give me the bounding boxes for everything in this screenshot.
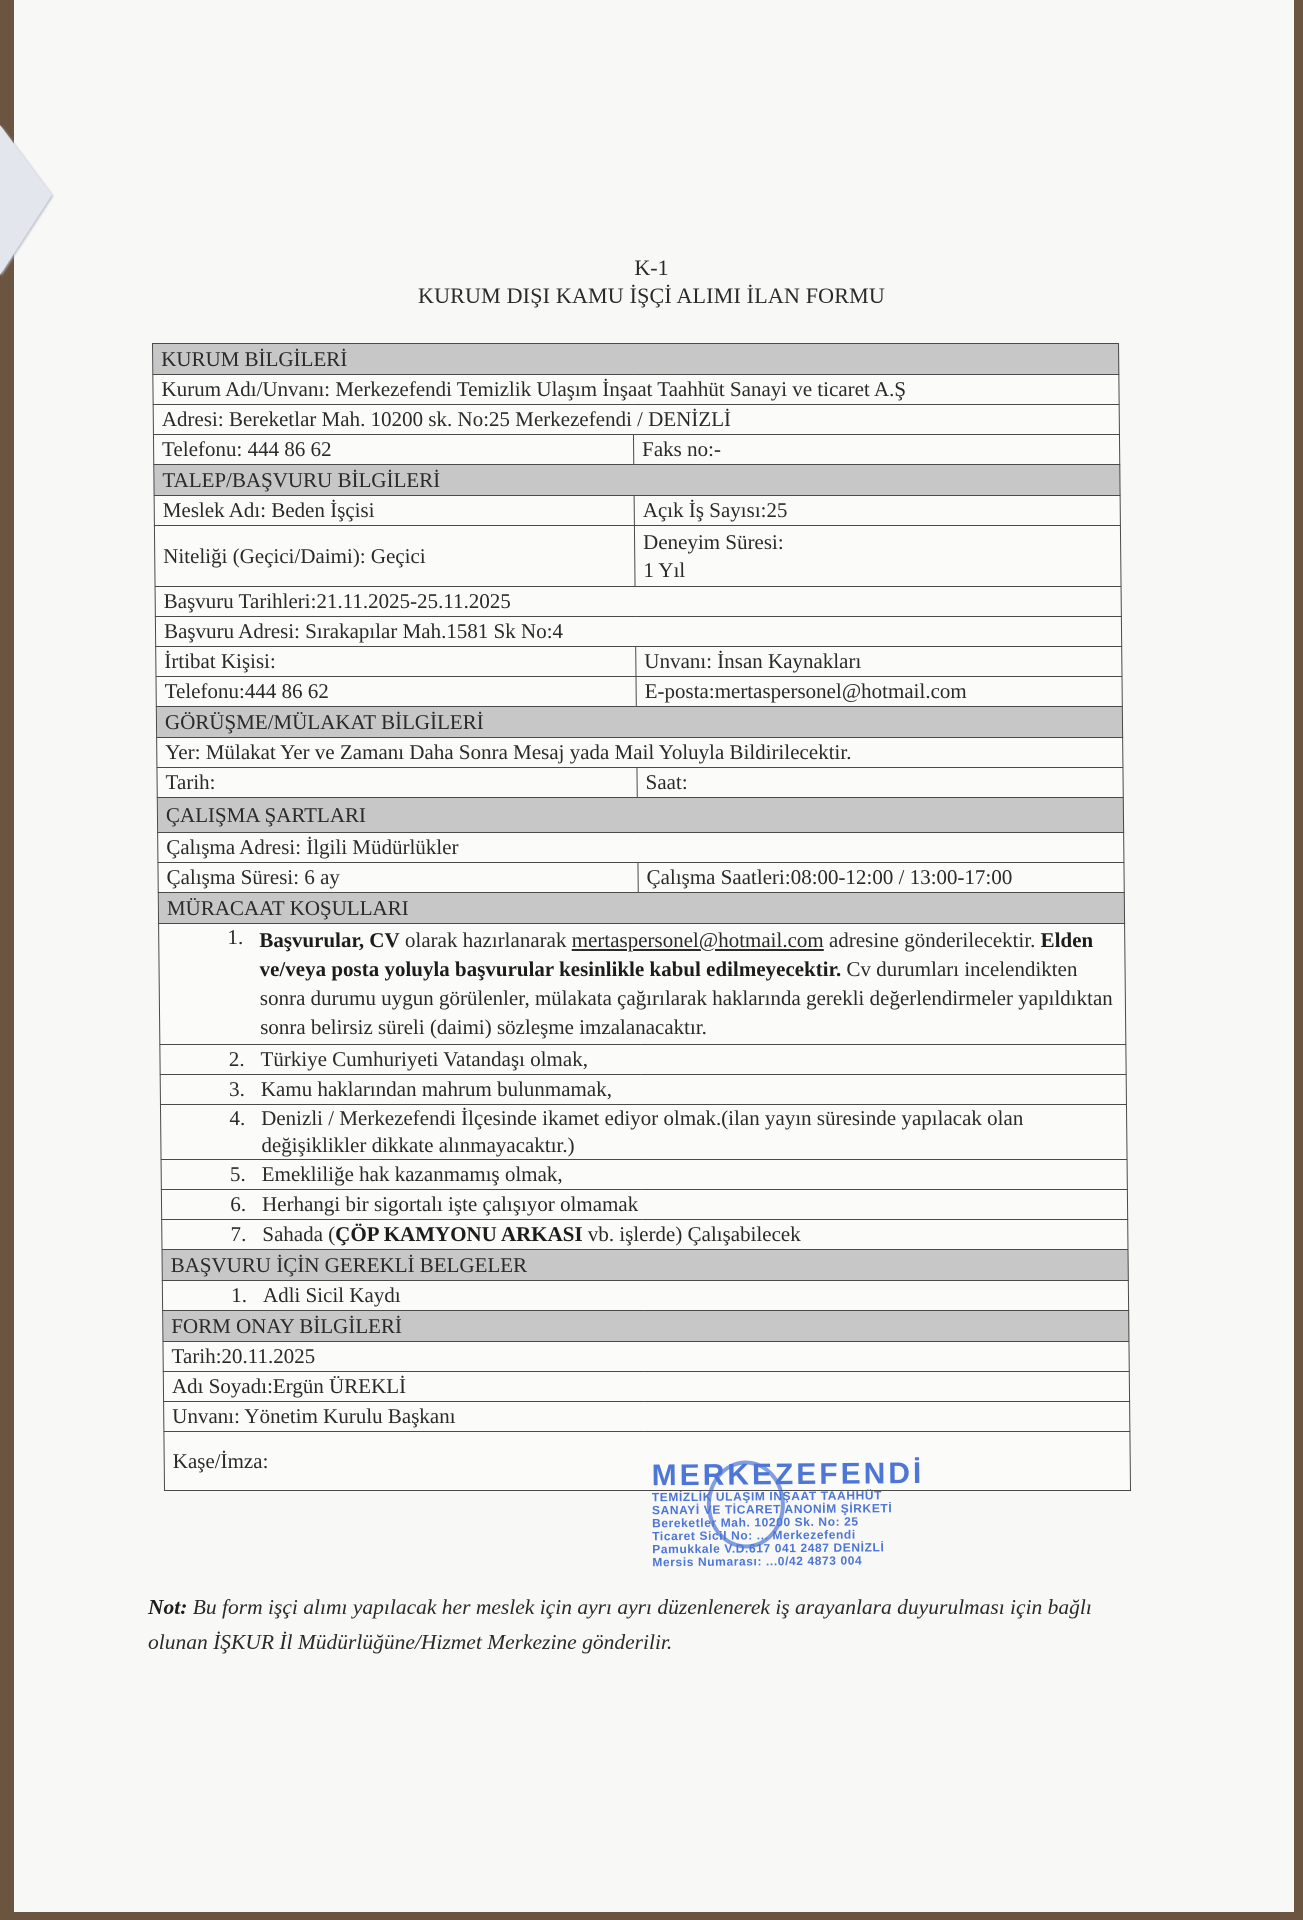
stamp-signature-field: Kaşe/İmza: xyxy=(164,1432,1131,1491)
section-header-talep: TALEP/BAŞVURU BİLGİLERİ xyxy=(154,465,1120,496)
interview-time: Saat: xyxy=(637,768,1123,798)
document-text: Adli Sicil Kaydı xyxy=(263,1282,1120,1309)
contact-phone: Telefonu:444 86 62 xyxy=(156,677,636,707)
interview-date: Tarih: xyxy=(157,768,637,798)
condition-text: Emekliliğe hak kazanmamış olmak, xyxy=(262,1161,1119,1188)
contact-person: İrtibat Kişisi: xyxy=(156,647,636,677)
application-email-link[interactable]: mertaspersonel@hotmail.com xyxy=(572,928,824,952)
condition-item: 3.Kamu haklarından mahrum bulunmamak, xyxy=(160,1075,1126,1105)
job-nature: Niteliği (Geçici/Daimi): Geçici xyxy=(154,526,635,587)
conditions-list: 2.Türkiye Cumhuriyeti Vatandaşı olmak,3.… xyxy=(160,1045,1128,1220)
condition-number: 3. xyxy=(189,1076,261,1103)
document-title: KURUM DIŞI KAMU İŞÇİ ALIMI İLAN FORMU xyxy=(0,282,1303,310)
stamp-line: Mersis Numarası: ...0/42 4873 004 xyxy=(652,1554,952,1570)
section-header-kurum: KURUM BİLGİLERİ xyxy=(153,344,1119,375)
company-stamp: MERKEZEFENDİTEMİZLİK ULAŞIM İNŞAAT TAAHH… xyxy=(652,1459,953,1577)
approver-name: Adı Soyadı:Ergün ÜREKLİ xyxy=(163,1372,1129,1402)
condition-item: 6.Herhangi bir sigortalı işte çalışıyor … xyxy=(161,1190,1127,1220)
folded-corner xyxy=(0,125,52,275)
condition-text: Denizli / Merkezefendi İlçesinde ikamet … xyxy=(261,1105,1119,1159)
job-posting-form: KURUM BİLGİLERİ Kurum Adı/Unvanı: Merkez… xyxy=(152,343,1131,1491)
condition-text: Türkiye Cumhuriyeti Vatandaşı olmak, xyxy=(260,1046,1117,1073)
document-number: 1. xyxy=(191,1282,263,1309)
footer-note: Not: Bu form işçi alımı yapılacak her me… xyxy=(148,1590,1108,1660)
contact-title: Unvanı: İnsan Kaynakları xyxy=(636,647,1122,677)
work-address: Çalışma Adresi: İlgili Müdürlükler xyxy=(158,833,1124,863)
section-header-gorusme: GÖRÜŞME/MÜLAKAT BİLGİLERİ xyxy=(156,707,1122,738)
condition-number: 1. xyxy=(187,924,260,1044)
stamp-text: MERKEZEFENDİTEMİZLİK ULAŞIM İNŞAAT TAAHH… xyxy=(652,1459,953,1570)
section-header-muracaat: MÜRACAAT KOŞULLARI xyxy=(158,893,1124,924)
condition-number: 4. xyxy=(189,1105,262,1159)
institution-address: Adresi: Bereketlar Mah. 10200 sk. No:25 … xyxy=(153,405,1119,435)
institution-phone: Telefonu: 444 86 62 xyxy=(153,435,633,465)
required-documents-list: 1.Adli Sicil Kaydı xyxy=(162,1281,1128,1311)
condition-number: 2. xyxy=(188,1046,260,1073)
section-header-calisma: ÇALIŞMA ŞARTLARI xyxy=(157,798,1123,833)
condition-item: 5.Emekliliğe hak kazanmamış olmak, xyxy=(161,1160,1127,1190)
condition-item: 2.Türkiye Cumhuriyeti Vatandaşı olmak, xyxy=(160,1045,1126,1075)
work-hours: Çalışma Saatleri:08:00-12:00 / 13:00-17:… xyxy=(638,863,1124,893)
approval-date: Tarih:20.11.2025 xyxy=(163,1342,1129,1372)
signature-mark xyxy=(707,1460,786,1549)
profession-name: Meslek Adı: Beden İşçisi xyxy=(154,496,634,526)
document-item: 1.Adli Sicil Kaydı xyxy=(162,1281,1128,1311)
application-dates: Başvuru Tarihleri:21.11.2025-25.11.2025 xyxy=(155,587,1121,617)
condition-text: Herhangi bir sigortalı işte çalışıyor ol… xyxy=(262,1191,1119,1218)
note-text: Bu form işçi alımı yapılacak her meslek … xyxy=(148,1595,1092,1654)
institution-fax: Faks no:- xyxy=(633,435,1119,465)
open-job-count: Açık İş Sayısı:25 xyxy=(634,496,1120,526)
document-title-block: K-1 KURUM DIŞI KAMU İŞÇİ ALIMI İLAN FORM… xyxy=(0,254,1303,310)
condition-number: 7. xyxy=(190,1221,262,1248)
contact-email: E-posta:mertaspersonel@hotmail.com xyxy=(636,677,1122,707)
experience-duration: Deneyim Süresi: 1 Yıl xyxy=(634,526,1121,587)
approver-title: Unvanı: Yönetim Kurulu Başkanı xyxy=(164,1402,1130,1432)
institution-name: Kurum Adı/Unvanı: Merkezefendi Temizlik … xyxy=(153,375,1119,405)
condition-item-1: 1. Başvurular, CV olarak hazırlanarak me… xyxy=(159,924,1126,1045)
section-header-belgeler: BAŞVURU İÇİN GEREKLİ BELGELER xyxy=(162,1250,1128,1281)
work-duration: Çalışma Süresi: 6 ay xyxy=(158,863,638,893)
condition-item: 4.Denizli / Merkezefendi İlçesinde ikame… xyxy=(160,1105,1127,1160)
section-header-onay: FORM ONAY BİLGİLERİ xyxy=(163,1311,1129,1342)
interview-place: Yer: Mülakat Yer ve Zamanı Daha Sonra Me… xyxy=(157,738,1123,768)
condition-number: 5. xyxy=(190,1161,262,1188)
stamp-company-name: MERKEZEFENDİ xyxy=(652,1459,952,1492)
experience-value: 1 Yıl xyxy=(643,556,1112,584)
note-label: Not: xyxy=(148,1595,187,1619)
condition-number: 6. xyxy=(190,1191,262,1218)
experience-label: Deneyim Süresi: xyxy=(643,528,1112,556)
form-code: K-1 xyxy=(0,254,1303,282)
condition-text: Kamu haklarından mahrum bulunmamak, xyxy=(261,1076,1118,1103)
condition-item-7: 7. Sahada (ÇÖP KAMYONU ARKASI vb. işlerd… xyxy=(162,1220,1128,1250)
application-address: Başvuru Adresi: Sırakapılar Mah.1581 Sk … xyxy=(155,617,1121,647)
